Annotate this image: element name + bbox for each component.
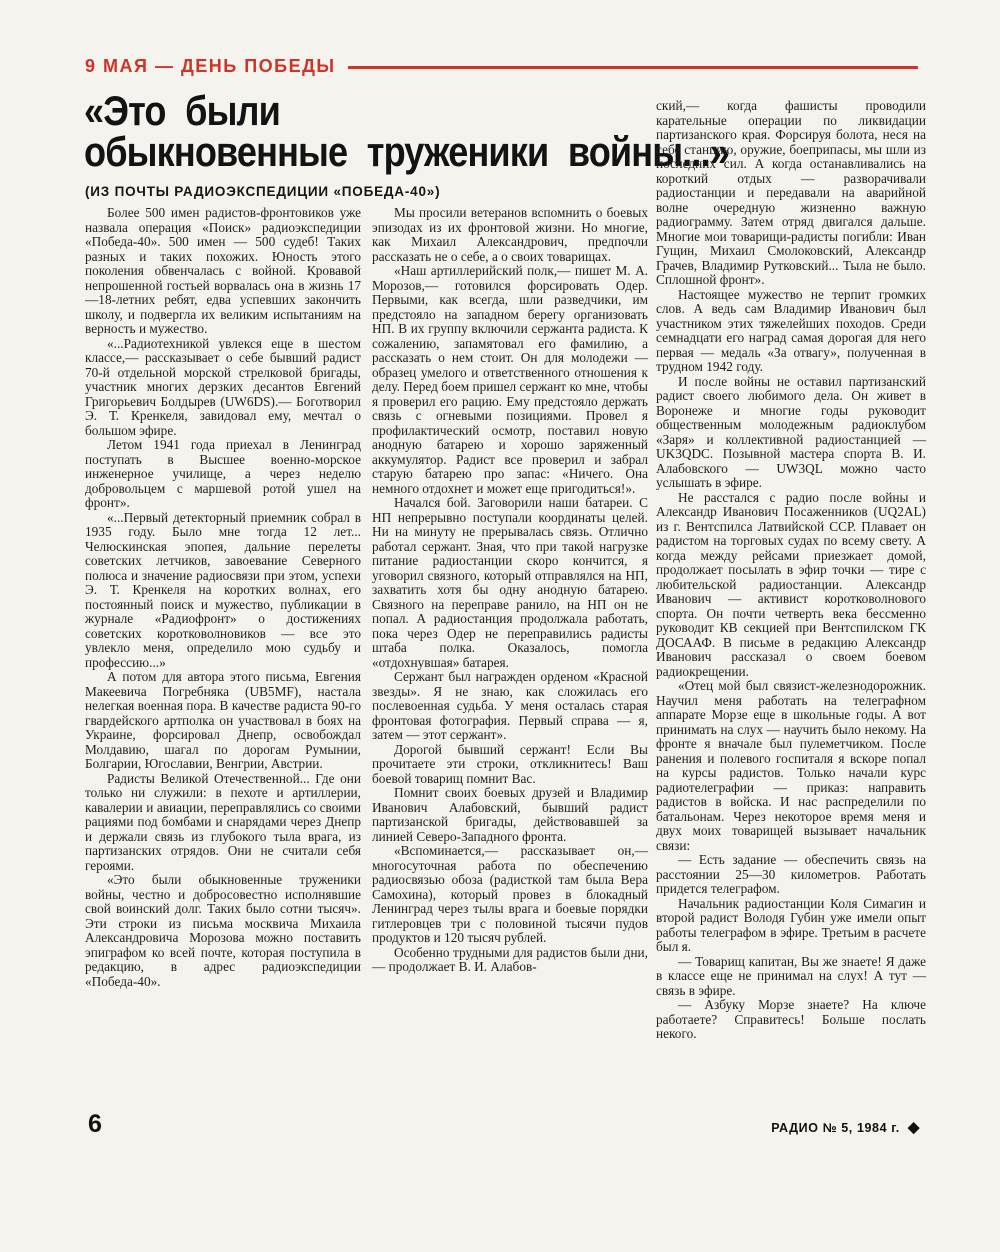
- title-line-1: «Это были: [84, 90, 664, 131]
- body-paragraph: «...Радиотехникой увлекся еще в шестом к…: [85, 337, 361, 439]
- kicker-row: 9 МАЯ — ДЕНЬ ПОБЕДЫ: [85, 56, 918, 77]
- magazine-issue-label: РАДИО № 5, 1984 г.: [771, 1121, 900, 1135]
- body-paragraph: «Отец мой был связист-железнодорожник. Н…: [656, 679, 926, 853]
- body-paragraph: Летом 1941 года приехал в Ленинград пост…: [85, 438, 361, 511]
- body-paragraph: Настоящее мужество не терпит громких сло…: [656, 288, 926, 375]
- article-subtitle: (ИЗ ПОЧТЫ РАДИОЭКСПЕДИЦИИ «ПОБЕДА-40»): [85, 184, 440, 199]
- body-paragraph: — Товарищ капитан, Вы же знаете! Я даже …: [656, 955, 926, 999]
- body-paragraph: ский,— когда фашисты проводили карательн…: [656, 99, 926, 288]
- body-paragraph: Не расстался с радио после войны и Алекс…: [656, 491, 926, 680]
- body-paragraph: — Азбуку Морзе знаете? На ключе работает…: [656, 998, 926, 1042]
- body-paragraph: И после войны не оставил партизанский ра…: [656, 375, 926, 491]
- body-paragraph: Радисты Великой Отечественной... Где они…: [85, 772, 361, 874]
- body-paragraph: «...Первый детекторный приемник собрал в…: [85, 511, 361, 671]
- magazine-page: 9 МАЯ — ДЕНЬ ПОБЕДЫ «Это были обыкновенн…: [0, 0, 1000, 1252]
- body-paragraph: — Есть задание — обеспечить связь на рас…: [656, 853, 926, 897]
- body-paragraph: Дорогой бывший сержант! Если Вы прочитае…: [372, 743, 648, 787]
- body-paragraph: «Вспоминается,— рассказывает он,— многос…: [372, 844, 648, 946]
- body-paragraph: Начальник радиостанции Коля Симагин и вт…: [656, 897, 926, 955]
- body-paragraph: Начался бой. Заговорили наши батареи. С …: [372, 496, 648, 670]
- body-paragraph: Особенно трудными для радистов были дни,…: [372, 946, 648, 975]
- body-paragraph: «Наш артиллерийский полк,— пишет М. А. М…: [372, 264, 648, 496]
- page-number: 6: [88, 1110, 102, 1139]
- article-title: «Это были обыкновенные труженики войны..…: [84, 90, 664, 172]
- body-paragraph: Помнит своих боевых друзей и Владимир Ив…: [372, 786, 648, 844]
- column-2: Мы просили ветеранов вспомнить о боевых …: [372, 206, 648, 975]
- column-3: ский,— когда фашисты проводили карательн…: [656, 99, 926, 1042]
- body-paragraph: «Это были обыкновенные труженики войны, …: [85, 873, 361, 989]
- body-paragraph: Мы просили ветеранов вспомнить о боевых …: [372, 206, 648, 264]
- kicker: 9 МАЯ — ДЕНЬ ПОБЕДЫ: [85, 56, 336, 77]
- diamond-icon: ◆: [908, 1120, 920, 1135]
- body-paragraph: Более 500 имен радистов-фронтовиков уже …: [85, 206, 361, 337]
- red-rule: [348, 66, 918, 69]
- magazine-footer: РАДИО № 5, 1984 г. ◆: [771, 1120, 920, 1135]
- body-paragraph: А потом для автора этого письма, Евгения…: [85, 670, 361, 772]
- body-paragraph: Сержант был награжден орденом «Красной з…: [372, 670, 648, 743]
- title-line-2: обыкновенные труженики войны...»: [84, 131, 664, 172]
- column-1: Более 500 имен радистов-фронтовиков уже …: [85, 206, 361, 989]
